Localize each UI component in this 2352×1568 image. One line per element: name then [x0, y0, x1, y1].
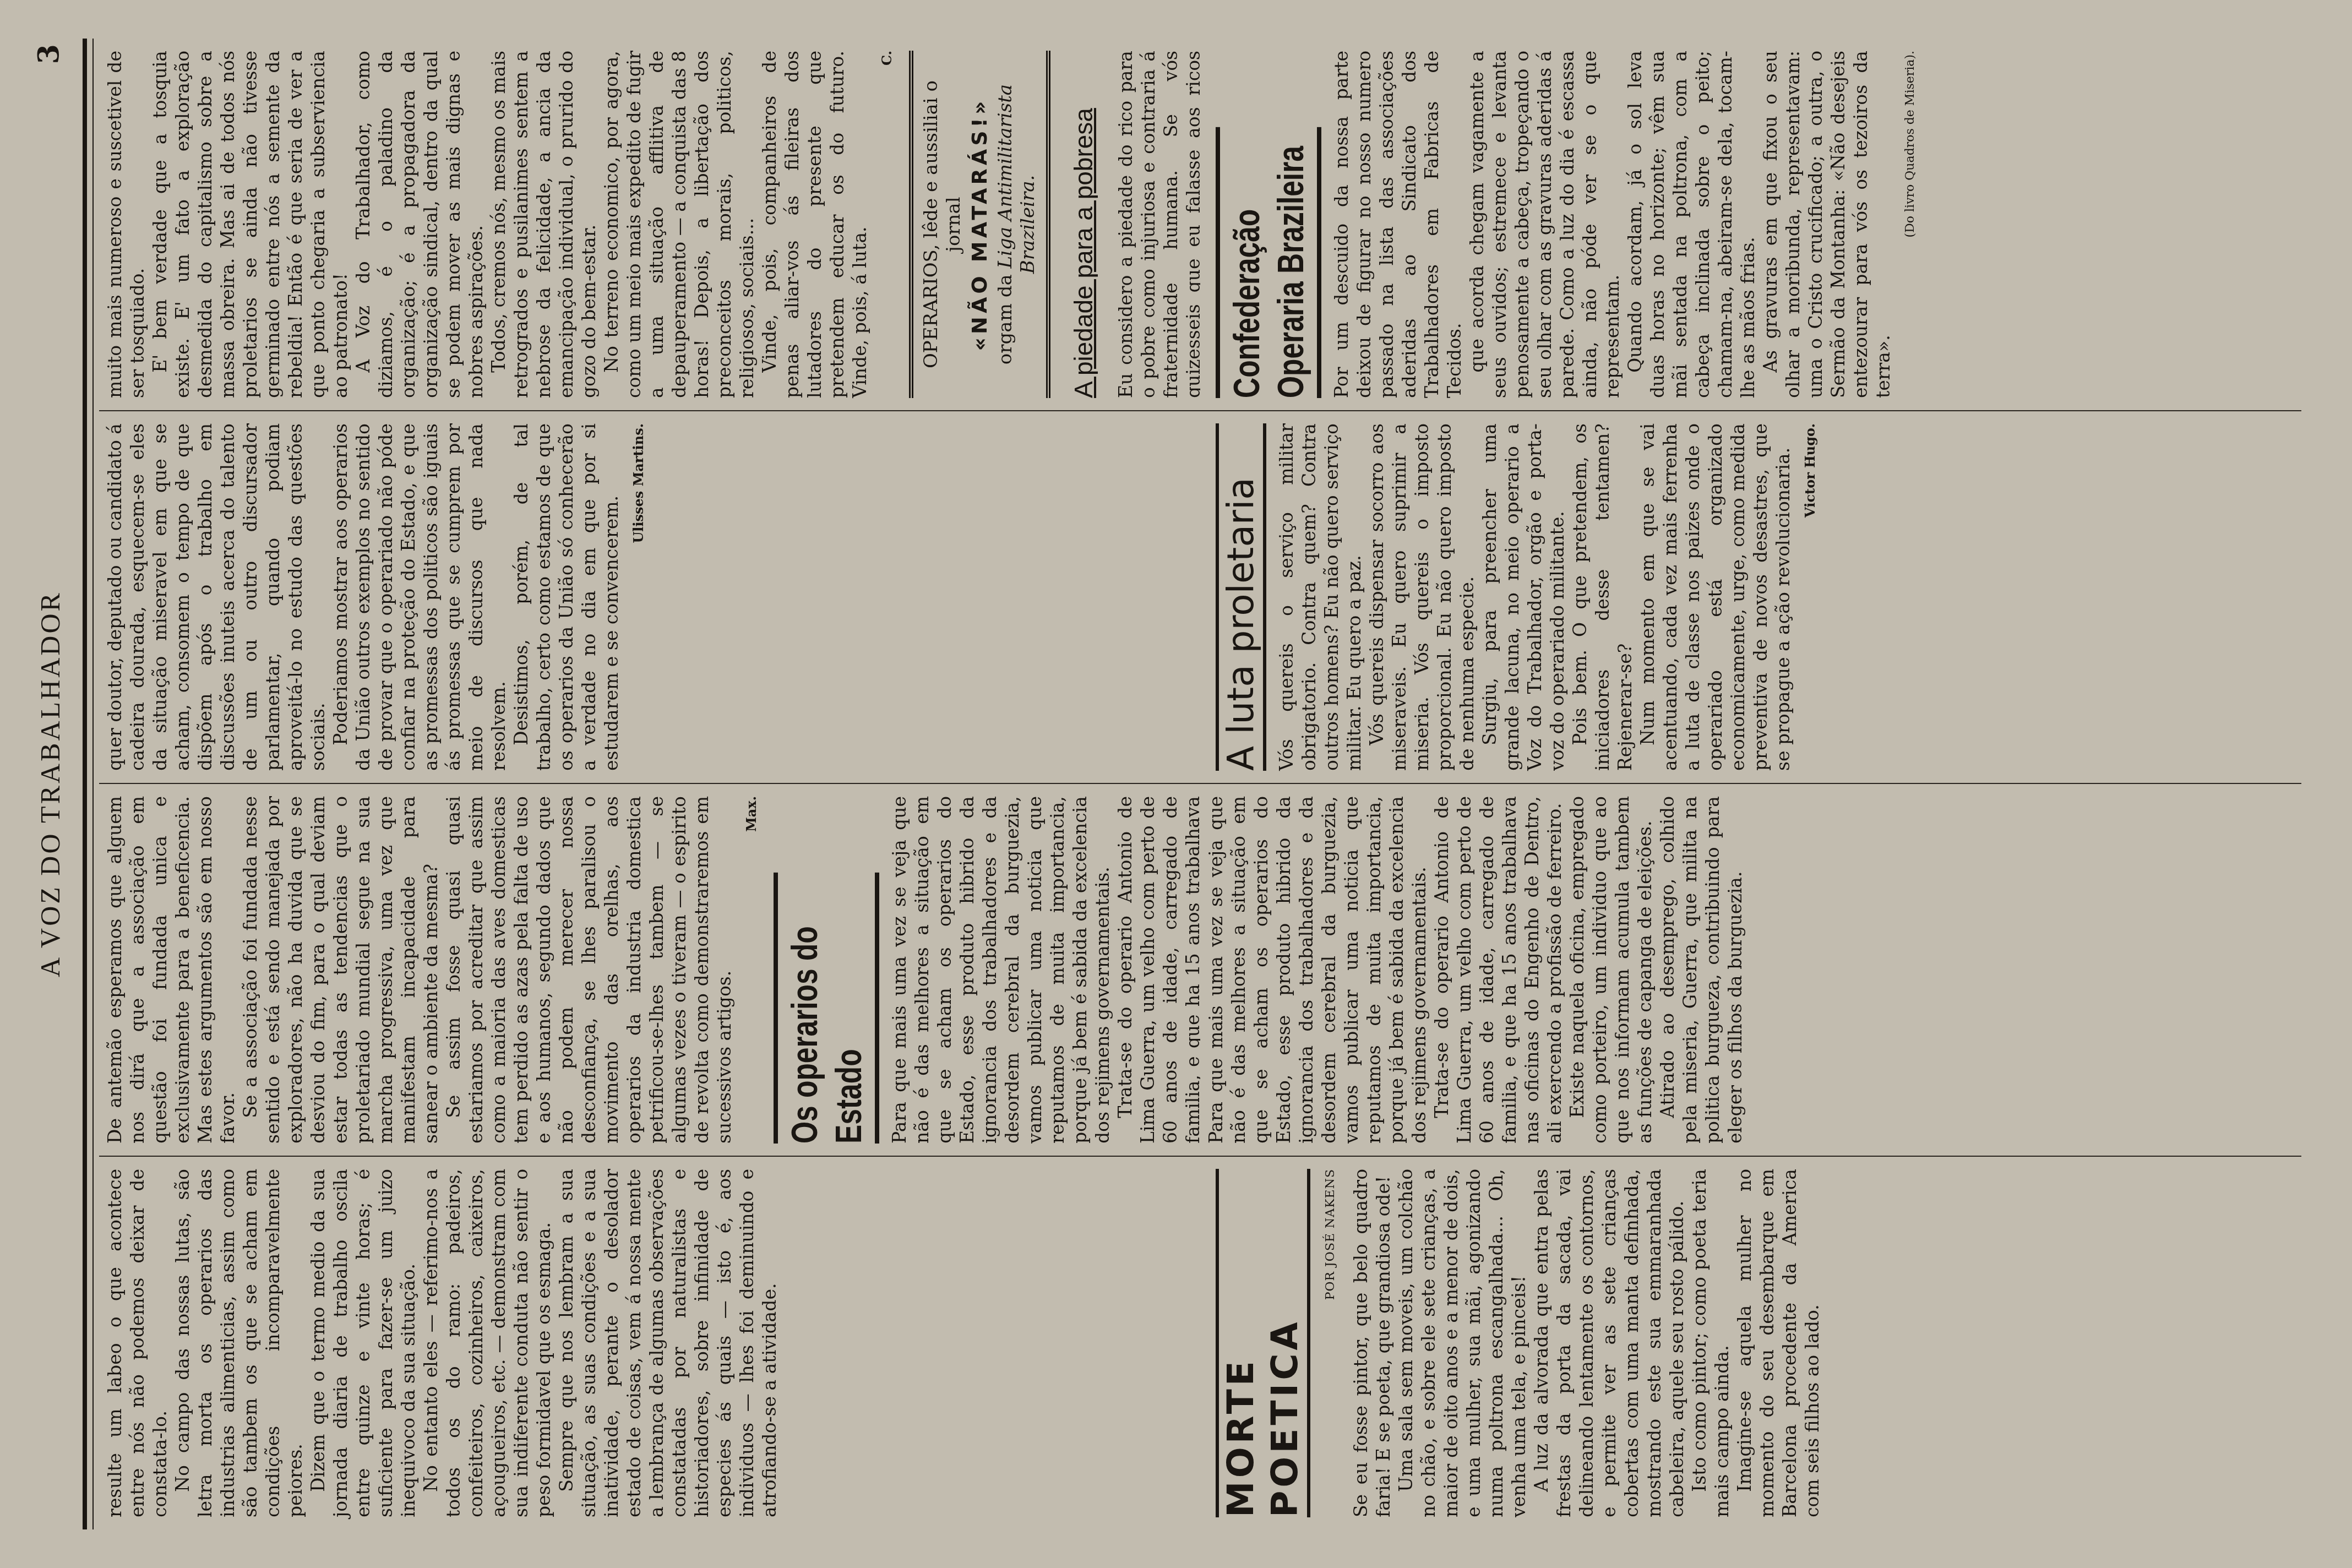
paragraph: Trata-se do operario Antonio de Lima Gue…	[1114, 796, 1200, 1144]
paragraph: Vinde, pois, companheiros de penas aliar…	[758, 51, 871, 398]
article-body: Se eu fosse pintor, que belo quadro fari…	[1349, 1169, 1823, 1517]
paragraph: De antemão esperamos que alguem nos dirá…	[104, 796, 239, 1144]
article-body: quer doutor, deputado ou candidato á cad…	[104, 423, 623, 771]
notice-title: «NÃO MATARÁS!»	[968, 51, 991, 398]
column-4-bottom: Confederação Operaria Brazileira Por um …	[1200, 39, 2301, 411]
paragraph: Eu considero a piedade do rico para o po…	[1114, 51, 1200, 398]
paragraph: Pois bem. O que pretendem, os iniciadore…	[1569, 423, 1636, 771]
paragraph: Imagine-se aquela mulher no momento do s…	[1733, 1169, 1823, 1517]
paragraph: muito mais numeroso e suscetivel de ser …	[104, 51, 149, 398]
masthead: A VOZ DO TRABALHADOR 3	[22, 39, 83, 1529]
article-body: resulte um labeo o que acontece entre nó…	[104, 1169, 781, 1517]
paragraph: Atirado ao desemprego, colhido pela mise…	[1656, 796, 1746, 1144]
paragraph: Para que mais uma vez se veja que não é …	[888, 796, 1114, 1144]
paragraph: No terreno economico, por agora, como um…	[600, 51, 758, 398]
headline-confederacao: Confederação Operaria Brazileira	[1216, 127, 1321, 398]
paragraph: Desistimos, porém, de tal trabalho, cert…	[510, 423, 623, 771]
article-body: Eu considero a piedade do rico para o po…	[1114, 51, 1200, 398]
column-grid: resulte um labeo o que acontece entre nó…	[99, 39, 2301, 1529]
byline: POR JOSÉ NAKENS	[1319, 1169, 1342, 1517]
paragraph: Dizem que o termo medio da sua jornada d…	[307, 1169, 420, 1517]
paragraph: Se eu fosse pintor, que belo quadro fari…	[1349, 1169, 1395, 1517]
headline-a-piedade: A piedade para a pobresa	[1061, 51, 1106, 398]
column-2-top: De antemão esperamos que alguem nos dirá…	[99, 784, 1200, 1157]
paragraph: A luz da alvorada que entra pelas fresta…	[1530, 1169, 1688, 1517]
paragraph: Sempre que nos lembram a sua situação, a…	[555, 1169, 781, 1517]
notice-org-name: Liga Antimilitarista Brazileira.	[994, 84, 1039, 274]
paragraph: Num momento em que se vai acentuando, ca…	[1636, 423, 1794, 771]
headline-a-luta-proletaria: A luta proletaria	[1216, 423, 1266, 771]
paragraph: Por um descuido da nossa parte deixou de…	[1330, 51, 1466, 398]
article-signature: C.	[875, 51, 898, 398]
paragraph: Vós quereis dispensar socorro aos misera…	[1365, 423, 1478, 771]
paragraph: Poderiamos mostrar aos operarios da Uniã…	[329, 423, 510, 771]
column-1-bottom: MORTE POETICA POR JOSÉ NAKENS Se eu foss…	[1200, 1157, 2301, 1529]
paragraph: Todos, cremos nós, mesmo os mais retrogr…	[487, 51, 600, 398]
paragraph: que acorda chegam vagamente a seus ouvid…	[1466, 51, 1624, 398]
paragraph: Uma sala sem moveis, um colchão no chão,…	[1395, 1169, 1530, 1517]
paragraph: Se a associação foi fundada nesse sentid…	[239, 796, 442, 1144]
paragraph: Surgiu, para preencher uma grande lacuna…	[1478, 423, 1569, 771]
article-body: Para que mais uma vez se veja que não é …	[888, 796, 1200, 1144]
paragraph: Quando acordam, já o sol leva duas horas…	[1624, 51, 1759, 398]
paragraph: Isto como pintor; como poeta teria mais …	[1688, 1169, 1733, 1517]
masthead-rule	[83, 39, 94, 1529]
article-body: Para que mais uma vez se veja que não é …	[1205, 796, 1746, 1144]
article-signature: Ulisses Martins.	[627, 423, 650, 771]
column-4-top: muito mais numeroso e suscetivel de ser …	[99, 39, 1200, 411]
notice-org: orgam da Liga Antimilitarista Brazileira…	[994, 51, 1039, 398]
paragraph: Trata-se do operario Antonio de Lima Gue…	[1430, 796, 1566, 1144]
paragraph: quer doutor, deputado ou candidato á cad…	[104, 423, 329, 771]
paragraph: A Voz do Trabalhador, como diziamos, é o…	[352, 51, 487, 398]
article-signature: Max.	[740, 796, 763, 1144]
article-body: Por um descuido da nossa parte deixou de…	[1330, 51, 1894, 398]
column-3-top: quer doutor, deputado ou candidato á cad…	[99, 411, 1200, 784]
headline-morte-poetica: MORTE POETICA	[1216, 1169, 1310, 1517]
notice-line: OPERARIOS, lêde e aussiliai o jornal	[920, 51, 965, 398]
paragraph: Existe naquela oficina, empregado como p…	[1566, 796, 1656, 1144]
paragraph: E' bem verdade que a tosquia existe. E' …	[149, 51, 352, 398]
paragraph: resulte um labeo o que acontece entre nó…	[104, 1169, 171, 1517]
paragraph: No campo das nossas lutas, são letra mor…	[171, 1169, 307, 1517]
column-2-bottom: Para que mais uma vez se veja que não é …	[1200, 784, 2301, 1157]
column-1-top: resulte um labeo o que acontece entre nó…	[99, 1157, 1200, 1529]
paragraph: Para que mais uma vez se veja que não é …	[1205, 796, 1430, 1144]
article-body: Vós quereis o serviço militar obrigatori…	[1275, 423, 1794, 771]
paragraph: No entanto eles — referimo-nos a todos o…	[420, 1169, 555, 1517]
article-signature: Victor Hugo.	[1799, 423, 1821, 771]
paragraph: Vós quereis o serviço militar obrigatori…	[1275, 423, 1365, 771]
paragraph: As gravuras em que fixou o seu olhar a m…	[1759, 51, 1894, 398]
column-3-bottom: A luta proletaria Vós quereis o serviço …	[1200, 411, 2301, 784]
article-body: De antemão esperamos que alguem nos dirá…	[104, 796, 736, 1144]
newspaper-page: A VOZ DO TRABALHADOR 3 resulte um labeo …	[0, 0, 2352, 1568]
headline-os-operarios-do-estado: Os operarios do Estado	[774, 873, 879, 1144]
nao-mataras-notice: OPERARIOS, lêde e aussiliai o jornal «NÃ…	[909, 51, 1050, 398]
notice-org-prefix: orgam da	[994, 274, 1016, 364]
newspaper-title: A VOZ DO TRABALHADOR	[34, 39, 66, 1529]
article-signature: (Do livro Quadros de Miseria).	[1899, 51, 1921, 398]
article-body: muito mais numeroso e suscetivel de ser …	[104, 51, 871, 398]
paragraph: Se assim fosse quasi quasi estariamos po…	[442, 796, 736, 1144]
page-number: 3	[32, 44, 66, 64]
